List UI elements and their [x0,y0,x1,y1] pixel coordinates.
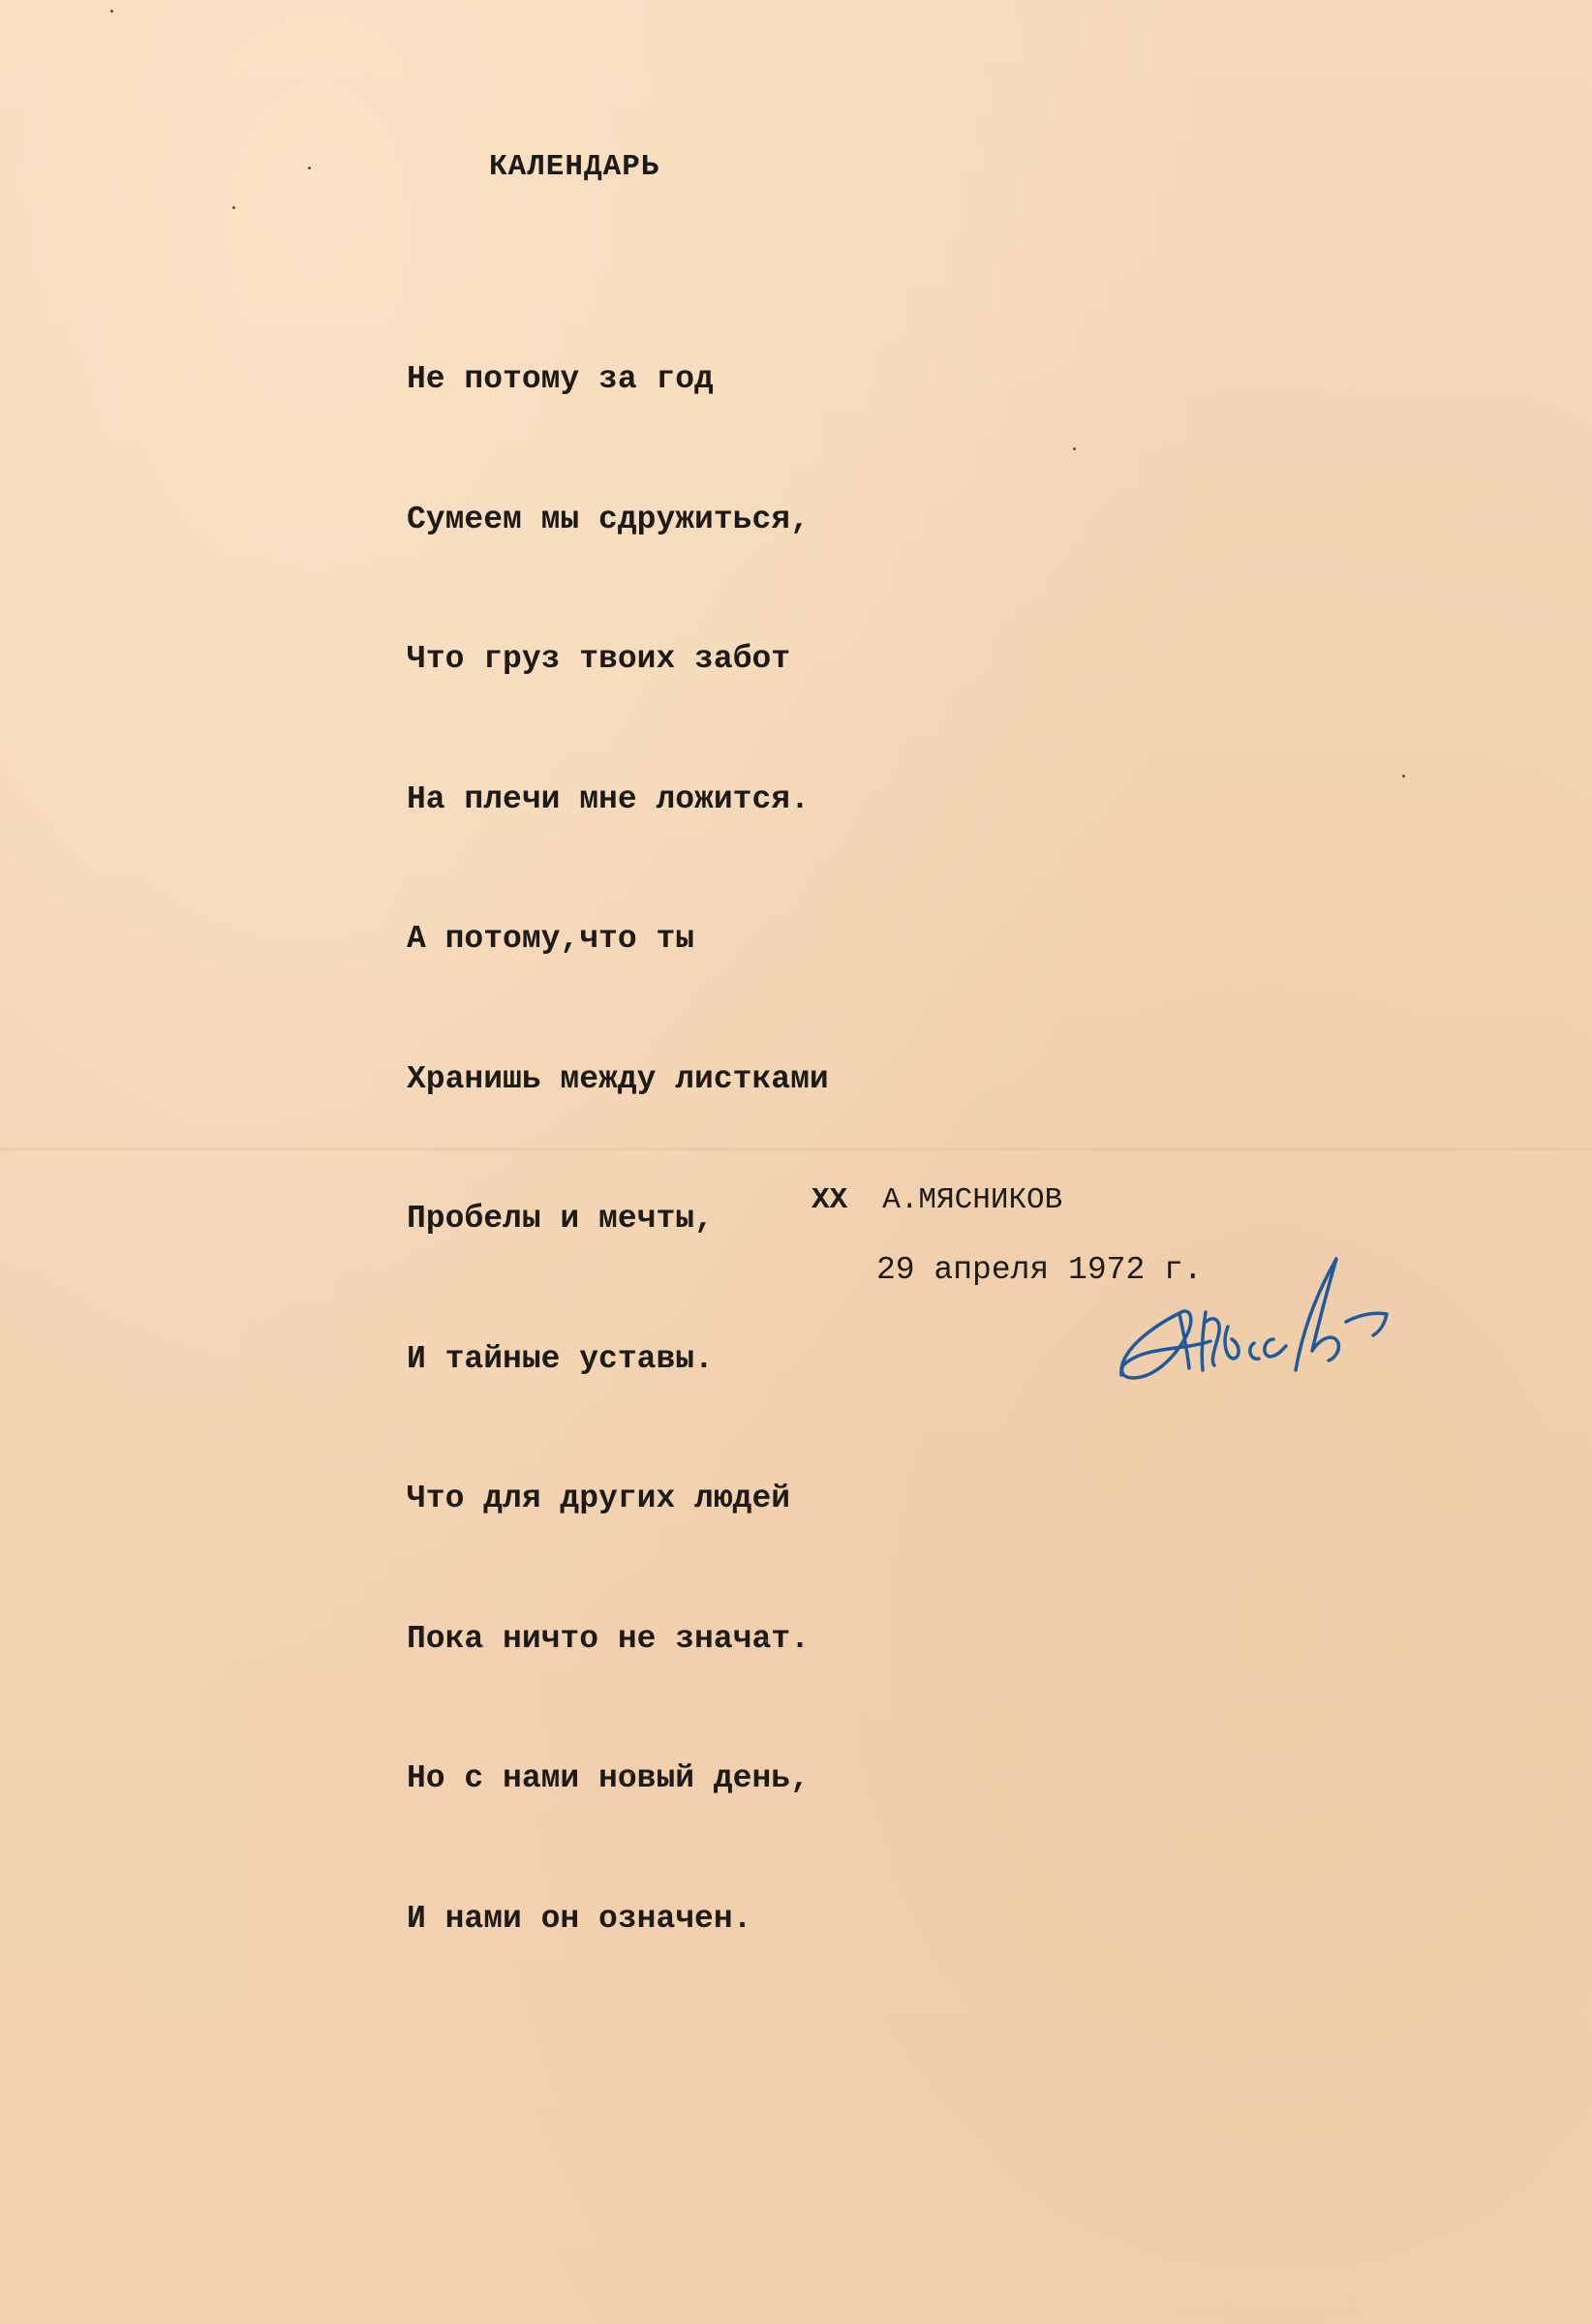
author-name: А.МЯСНИКОВ [882,1183,1062,1217]
typewritten-page: КАЛЕНДАРЬ Не потому за год Сумеем мы сдр… [0,0,1592,2324]
poem-line: Хранишь между листками [407,1060,829,1129]
poem-line: А потому,что ты [407,920,829,989]
paper-speck [629,1772,632,1775]
poem-line: Не потому за год [407,360,829,429]
struck-out-text: ХХ [811,1183,847,1217]
poem-body: Не потому за год Сумеем мы сдружиться, Ч… [407,289,829,2039]
poem-line: Пробелы и мечты, [407,1200,829,1269]
poem-line: Сумеем мы сдружиться, [407,501,829,569]
handwritten-signature-icon [1114,1254,1394,1390]
poem-line: И нами он означен. [407,1900,829,1969]
poem-line: Пока ничто не значат. [407,1620,829,1689]
paper-speck [308,167,311,169]
paper-speck [765,1639,768,1642]
paper-speck [110,10,113,13]
poem-line: На плечи мне ложится. [407,780,829,849]
author-line: ХХА.МЯСНИКОВ [811,1183,1062,1217]
poem-title: КАЛЕНДАРЬ [489,150,659,184]
paper-speck [1402,775,1405,778]
poem-line: Что для других людей [407,1480,829,1548]
poem-line: Но с нами новый день, [407,1759,829,1828]
paper-speck [232,206,235,209]
paper-speck [1073,447,1076,450]
poem-line: И тайные уставы. [407,1340,829,1409]
poem-line: Что груз твоих забот [407,640,829,709]
